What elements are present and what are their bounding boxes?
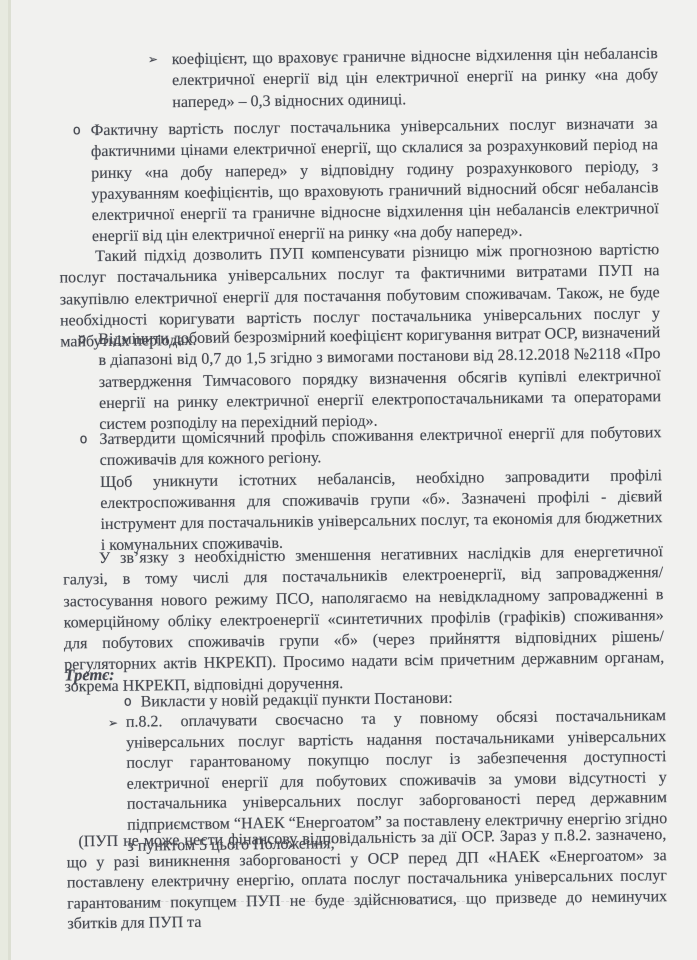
section-heading-third: Третє: (64, 662, 264, 686)
arrow-bullet-icon: ➢ (148, 49, 172, 71)
paragraph-pup-note: (ПУП не може нести фінансову відповідаль… (66, 825, 667, 935)
arrow-bullet-icon: ➢ (108, 713, 126, 734)
circle-bullet-icon: o (79, 429, 99, 451)
list-item-cancel-coefficient: o Відмінити добовий безрозмірний коефіці… (78, 322, 661, 436)
list-item-text: Відмінити добовий безрозмірний коефіцієн… (98, 322, 661, 435)
scan-artifact-line (70, 901, 470, 902)
circle-bullet-icon: o (73, 120, 91, 142)
list-item-actual-cost: o Фактичну вартість послуг постачальника… (73, 113, 660, 248)
circle-bullet-icon: o (124, 692, 141, 714)
list-item-monthly-profile: o Затвердити щомісячний профіль споживан… (79, 422, 663, 557)
circle-bullet-icon: o (78, 329, 98, 351)
list-item-text: коефіцієнт, що враховує граничне відносн… (172, 43, 659, 113)
list-item-text: Затвердити щомісячний профіль споживання… (99, 422, 663, 557)
list-item-text: Фактичну вартість послуг постачальника у… (91, 113, 660, 248)
list-item-main-text: Затвердити щомісячний профіль споживання… (99, 422, 661, 471)
list-item-coefficient: ➢ коефіцієнт, що враховує граничне відно… (148, 43, 659, 113)
document-page: ➢ коефіцієнт, що враховує граничне відно… (0, 0, 697, 960)
